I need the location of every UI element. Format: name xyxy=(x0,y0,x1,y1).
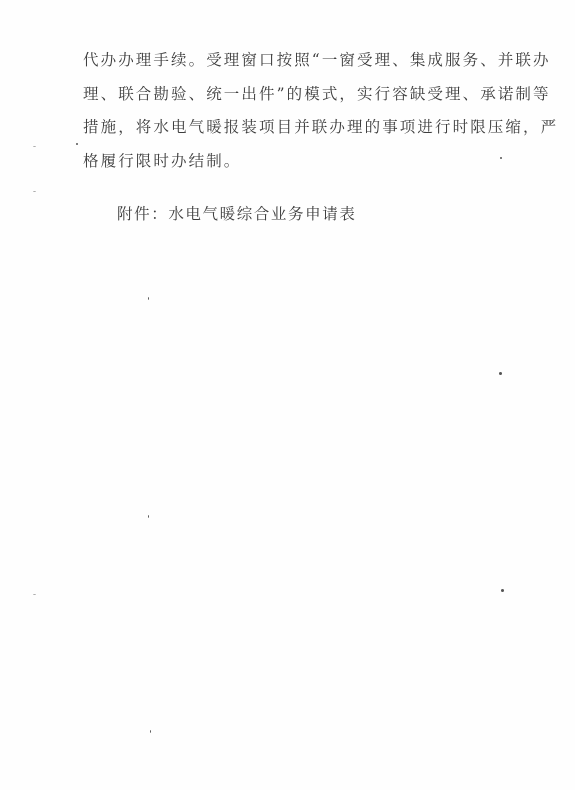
scan-speck xyxy=(500,157,502,159)
attachment-label: 附件： xyxy=(117,205,168,223)
paragraph-line: 理、联合勘验、统一出件”的模式，实行容缺受理、承诺制等 xyxy=(83,78,523,112)
body-paragraph: 代办办理手续。受理窗口按照“一窗受理、集成服务、并联办 理、联合勘验、统一出件”… xyxy=(83,44,523,178)
document-page: 代办办理手续。受理窗口按照“一窗受理、集成服务、并联办 理、联合勘验、统一出件”… xyxy=(0,0,575,790)
scan-speck xyxy=(33,191,36,192)
paragraph-line: 措施，将水电气暖报装项目并联办理的事项进行时限压缩，严 xyxy=(83,111,523,145)
paragraph-line: 代办办理手续。受理窗口按照“一窗受理、集成服务、并联办 xyxy=(83,44,523,78)
paragraph-line: 格履行限时办结制。 xyxy=(83,145,523,179)
scan-speck xyxy=(150,730,151,733)
scan-speck xyxy=(148,515,149,518)
scan-speck xyxy=(501,589,504,592)
scan-speck xyxy=(499,372,502,375)
attachment-line: 附件：水电气暖综合业务申请表 xyxy=(117,202,356,226)
scan-speck xyxy=(33,594,36,595)
attachment-title: 水电气暖综合业务申请表 xyxy=(168,205,356,223)
scan-speck xyxy=(148,297,149,300)
scan-speck xyxy=(76,143,78,145)
scan-speck xyxy=(33,146,36,147)
